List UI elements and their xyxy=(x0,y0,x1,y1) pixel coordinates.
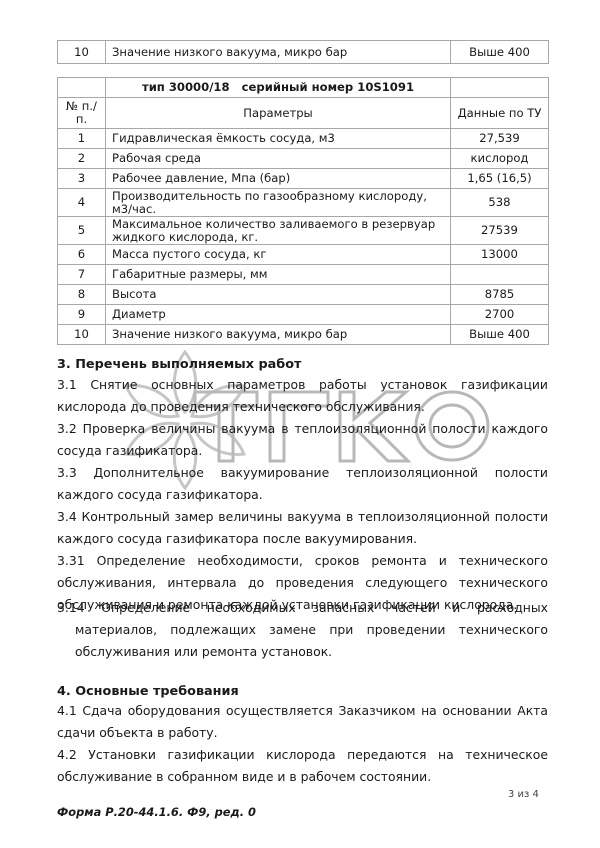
row-value: 8785 xyxy=(451,285,549,305)
params-table: тип 30000/18 серийный номер 10S1091 № п.… xyxy=(57,77,549,345)
table-row: 10 Значение низкого вакуума, микро бар В… xyxy=(58,325,549,345)
page-number: 3 из 4 xyxy=(508,789,539,800)
section-3-item: 3.14 Определение необходимых запасных ча… xyxy=(57,597,548,663)
table-row: 10 Значение низкого вакуума, микро бар В… xyxy=(58,41,549,64)
row-param: Масса пустого сосуда, кг xyxy=(106,245,451,265)
row-value xyxy=(451,265,549,285)
section-3-item: 3.3 Дополнительное вакуумирование теплои… xyxy=(57,462,548,506)
row-number: 6 xyxy=(58,245,106,265)
row-number: 10 xyxy=(58,41,106,64)
row-number: 8 xyxy=(58,285,106,305)
section-3-heading: 3. Перечень выполняемых работ xyxy=(57,357,301,372)
header-value: Данные по ТУ xyxy=(451,98,549,129)
table-title-row: тип 30000/18 серийный номер 10S1091 xyxy=(58,78,549,98)
table-row: 1 Гидравлическая ёмкость сосуда, м3 27,5… xyxy=(58,129,549,149)
row-value: 27,539 xyxy=(451,129,549,149)
table-header-row: № п./п. Параметры Данные по ТУ xyxy=(58,98,549,129)
row-value: 1,65 (16,5) xyxy=(451,169,549,189)
row-param: Гидравлическая ёмкость сосуда, м3 xyxy=(106,129,451,149)
table-title: тип 30000/18 серийный номер 10S1091 xyxy=(106,78,451,98)
params-table-continuation: 10 Значение низкого вакуума, микро бар В… xyxy=(57,40,549,64)
row-param: Производительность по газообразному кисл… xyxy=(106,189,451,217)
row-number: 4 xyxy=(58,189,106,217)
row-value: Выше 400 xyxy=(451,41,549,64)
row-value: Выше 400 xyxy=(451,325,549,345)
table-row: 2 Рабочая среда кислород xyxy=(58,149,549,169)
table-row: 7 Габаритные размеры, мм xyxy=(58,265,549,285)
row-param: Рабочая среда xyxy=(106,149,451,169)
form-code: Форма Р.20-44.1.6. Ф9, ред. 0 xyxy=(57,805,256,819)
section-4-item: 4.2 Установки газификации кислорода пере… xyxy=(57,744,548,788)
header-number: № п./п. xyxy=(58,98,106,129)
table-row: 9 Диаметр 2700 xyxy=(58,305,549,325)
row-value: 2700 xyxy=(451,305,549,325)
section-3-item: 3.4 Контрольный замер величины вакуума в… xyxy=(57,506,548,550)
row-number: 10 xyxy=(58,325,106,345)
row-param: Значение низкого вакуума, микро бар xyxy=(106,325,451,345)
row-number: 7 xyxy=(58,265,106,285)
table-row: 6 Масса пустого сосуда, кг 13000 xyxy=(58,245,549,265)
row-param: Рабочее давление, Мпа (бар) xyxy=(106,169,451,189)
row-value: 27539 xyxy=(451,217,549,245)
table-row: 5 Максимальное количество заливаемого в … xyxy=(58,217,549,245)
row-value: 13000 xyxy=(451,245,549,265)
row-param: Диаметр xyxy=(106,305,451,325)
row-value: кислород xyxy=(451,149,549,169)
table-row: 8 Высота 8785 xyxy=(58,285,549,305)
row-number: 1 xyxy=(58,129,106,149)
row-number: 2 xyxy=(58,149,106,169)
document-page: 10 Значение низкого вакуума, микро бар В… xyxy=(0,0,600,848)
row-number: 9 xyxy=(58,305,106,325)
row-param: Значение низкого вакуума, микро бар xyxy=(106,41,451,64)
row-param: Максимальное количество заливаемого в ре… xyxy=(106,217,451,245)
row-number: 5 xyxy=(58,217,106,245)
row-value: 538 xyxy=(451,189,549,217)
header-params: Параметры xyxy=(106,98,451,129)
row-param: Габаритные размеры, мм xyxy=(106,265,451,285)
table-row: 4 Производительность по газообразному ки… xyxy=(58,189,549,217)
section-4-item: 4.1 Сдача оборудования осуществляется За… xyxy=(57,700,548,744)
section-3-item: 3.2 Проверка величины вакуума в теплоизо… xyxy=(57,418,548,462)
section-4-heading: 4. Основные требования xyxy=(57,684,239,699)
row-param: Высота xyxy=(106,285,451,305)
table-row: 3 Рабочее давление, Мпа (бар) 1,65 (16,5… xyxy=(58,169,549,189)
row-number: 3 xyxy=(58,169,106,189)
section-3-item: 3.1 Снятие основных параметров работы ус… xyxy=(57,374,548,418)
